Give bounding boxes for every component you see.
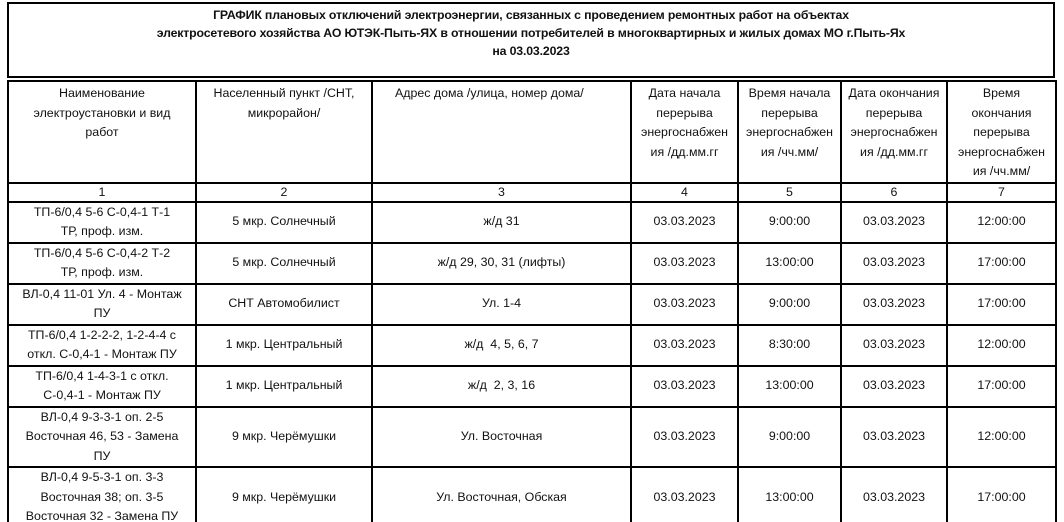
- column-header-line: электроустановки и вид: [11, 104, 193, 124]
- cell-end-time: 12:00:00: [947, 325, 1056, 366]
- installation-line: С-0,4-1 - Монтаж ПУ: [11, 386, 193, 406]
- installation-line: ВЛ-0,4 11-01 Ул. 4 - Монтаж: [11, 285, 193, 305]
- column-header-line: ия /чч.мм/: [741, 143, 838, 163]
- column-header-line: Дата окончания: [844, 84, 944, 104]
- installation-line: откл. С-0,4-1 - Монтаж ПУ: [11, 345, 193, 365]
- cell-end-time: 17:00:00: [947, 284, 1056, 325]
- cell-locality: 1 мкр. Центральный: [196, 325, 372, 366]
- cell-installation: ТП-6/0,4 1-4-3-1 с откл.С-0,4-1 - Монтаж…: [8, 366, 196, 407]
- cell-start-time: 13:00:00: [738, 467, 841, 522]
- column-header-line: микрорайон/: [199, 104, 369, 124]
- installation-line: ТП-6/0,4 1-2-2-2, 1-2-4-4 с: [11, 326, 193, 346]
- title-line-1: ГРАФИК плановых отключений электроэнерги…: [9, 6, 1053, 24]
- cell-start-date: 03.03.2023: [631, 325, 738, 366]
- column-header-line: Адрес дома /улица, номер дома/: [395, 84, 628, 104]
- column-header-line: перерыва: [634, 104, 735, 124]
- cell-end-date: 03.03.2023: [841, 366, 947, 407]
- cell-end-date: 03.03.2023: [841, 467, 947, 522]
- cell-locality: 9 мкр. Черёмушки: [196, 467, 372, 522]
- column-header-line: ия /чч.мм/: [950, 162, 1053, 182]
- table-row: ВЛ-0,4 9-5-3-1 оп. 3-3Восточная 38; оп. …: [8, 467, 1056, 522]
- cell-start-date: 03.03.2023: [631, 467, 738, 522]
- cell-start-date: 03.03.2023: [631, 243, 738, 284]
- cell-address: Ул. 1-4: [372, 284, 631, 325]
- cell-start-time: 13:00:00: [738, 243, 841, 284]
- column-header-line: Время: [950, 84, 1053, 104]
- column-number-7: 7: [947, 183, 1056, 202]
- cell-locality: 5 мкр. Солнечный: [196, 202, 372, 243]
- cell-locality: СНТ Автомобилист: [196, 284, 372, 325]
- column-header-line: Время начала: [741, 84, 838, 104]
- column-header-locality: Населенный пункт /СНТ,микрорайон/: [196, 81, 372, 183]
- cell-start-date: 03.03.2023: [631, 366, 738, 407]
- cell-end-date: 03.03.2023: [841, 284, 947, 325]
- outage-schedule-table: Наименованиеэлектроустановки и видработН…: [7, 80, 1057, 522]
- installation-line: ТР, проф. изм.: [11, 222, 193, 242]
- title-line-2: электросетевого хозяйства АО ЮТЭК-Пыть-Я…: [9, 24, 1053, 42]
- column-number-4: 4: [631, 183, 738, 202]
- cell-installation: ВЛ-0,4 9-5-3-1 оп. 3-3Восточная 38; оп. …: [8, 467, 196, 522]
- installation-line: ТП-6/0,4 5-6 С-0,4-2 Т-2: [11, 244, 193, 264]
- cell-start-time: 13:00:00: [738, 366, 841, 407]
- table-body: ТП-6/0,4 5-6 С-0,4-1 Т-1ТР, проф. изм.5 …: [8, 202, 1056, 522]
- installation-line: ВЛ-0,4 9-5-3-1 оп. 3-3: [11, 468, 193, 488]
- column-header-line: энергоснабжен: [950, 143, 1053, 163]
- installation-line: ПУ: [11, 304, 193, 324]
- cell-start-time: 8:30:00: [738, 325, 841, 366]
- cell-start-date: 03.03.2023: [631, 202, 738, 243]
- column-header-line: энергоснабжен: [634, 123, 735, 143]
- cell-end-date: 03.03.2023: [841, 407, 947, 468]
- installation-line: ВЛ-0,4 9-3-3-1 оп. 2-5: [11, 408, 193, 428]
- column-header-line: перерыва: [741, 104, 838, 124]
- installation-line: ТП-6/0,4 5-6 С-0,4-1 Т-1: [11, 203, 193, 223]
- cell-locality: 5 мкр. Солнечный: [196, 243, 372, 284]
- cell-end-date: 03.03.2023: [841, 243, 947, 284]
- cell-end-time: 17:00:00: [947, 366, 1056, 407]
- table-header-row: Наименованиеэлектроустановки и видработН…: [8, 81, 1056, 183]
- cell-installation: ТП-6/0,4 5-6 С-0,4-1 Т-1ТР, проф. изм.: [8, 202, 196, 243]
- cell-start-time: 9:00:00: [738, 202, 841, 243]
- column-number-row: 1234567: [8, 183, 1056, 202]
- cell-start-date: 03.03.2023: [631, 284, 738, 325]
- table-row: ТП-6/0,4 1-4-3-1 с откл.С-0,4-1 - Монтаж…: [8, 366, 1056, 407]
- column-header-line: окончания: [950, 104, 1053, 124]
- cell-installation: ТП-6/0,4 1-2-2-2, 1-2-4-4 соткл. С-0,4-1…: [8, 325, 196, 366]
- document-title: ГРАФИК плановых отключений электроэнерги…: [7, 2, 1055, 78]
- column-header-line: ия /дд.мм.гг: [844, 143, 944, 163]
- installation-line: ТП-6/0,4 1-4-3-1 с откл.: [11, 367, 193, 387]
- column-number-5: 5: [738, 183, 841, 202]
- cell-end-time: 17:00:00: [947, 243, 1056, 284]
- column-number-6: 6: [841, 183, 947, 202]
- column-header-installation: Наименованиеэлектроустановки и видработ: [8, 81, 196, 183]
- cell-locality: 1 мкр. Центральный: [196, 366, 372, 407]
- table-row: ВЛ-0,4 11-01 Ул. 4 - МонтажПУСНТ Автомоб…: [8, 284, 1056, 325]
- outage-schedule-sheet: ГРАФИК плановых отключений электроэнерги…: [7, 2, 1055, 514]
- installation-line: Восточная 46, 53 - Замена: [11, 427, 193, 447]
- column-number-2: 2: [196, 183, 372, 202]
- column-header-line: Населенный пункт /СНТ,: [199, 84, 369, 104]
- cell-start-time: 9:00:00: [738, 407, 841, 468]
- cell-address: ж/д 29, 30, 31 (лифты): [372, 243, 631, 284]
- cell-end-time: 12:00:00: [947, 407, 1056, 468]
- column-header-line: энергоснабжен: [741, 123, 838, 143]
- table-row: ТП-6/0,4 5-6 С-0,4-1 Т-1ТР, проф. изм.5 …: [8, 202, 1056, 243]
- cell-address: Ул. Восточная: [372, 407, 631, 468]
- cell-locality: 9 мкр. Черёмушки: [196, 407, 372, 468]
- column-header-line: Наименование: [11, 84, 193, 104]
- column-header-end-date: Дата окончанияперерываэнергоснабжения /д…: [841, 81, 947, 183]
- cell-end-date: 03.03.2023: [841, 202, 947, 243]
- column-header-line: энергоснабжен: [844, 123, 944, 143]
- table-row: ВЛ-0,4 9-3-3-1 оп. 2-5Восточная 46, 53 -…: [8, 407, 1056, 468]
- table-row: ТП-6/0,4 5-6 С-0,4-2 Т-2ТР, проф. изм.5 …: [8, 243, 1056, 284]
- cell-installation: ВЛ-0,4 11-01 Ул. 4 - МонтажПУ: [8, 284, 196, 325]
- cell-end-date: 03.03.2023: [841, 325, 947, 366]
- column-header-line: Дата начала: [634, 84, 735, 104]
- title-line-3: на 03.03.2023: [9, 42, 1053, 60]
- cell-end-time: 17:00:00: [947, 467, 1056, 522]
- installation-line: ТР, проф. изм.: [11, 263, 193, 283]
- column-header-line: перерыва: [844, 104, 944, 124]
- cell-end-time: 12:00:00: [947, 202, 1056, 243]
- column-header-line: перерыва: [950, 123, 1053, 143]
- installation-line: ПУ: [11, 447, 193, 467]
- column-header-start-time: Время началаперерываэнергоснабжения /чч.…: [738, 81, 841, 183]
- cell-installation: ТП-6/0,4 5-6 С-0,4-2 Т-2ТР, проф. изм.: [8, 243, 196, 284]
- column-header-line: работ: [11, 123, 193, 143]
- cell-address: ж/д 4, 5, 6, 7: [372, 325, 631, 366]
- column-number-3: 3: [372, 183, 631, 202]
- cell-start-time: 9:00:00: [738, 284, 841, 325]
- installation-line: Восточная 32 - Замена ПУ: [11, 507, 193, 522]
- cell-start-date: 03.03.2023: [631, 407, 738, 468]
- column-header-address: Адрес дома /улица, номер дома/: [372, 81, 631, 183]
- column-header-start-date: Дата началаперерываэнергоснабжения /дд.м…: [631, 81, 738, 183]
- column-number-1: 1: [8, 183, 196, 202]
- cell-address: ж/д 31: [372, 202, 631, 243]
- installation-line: Восточная 38; оп. 3-5: [11, 488, 193, 508]
- cell-address: ж/д 2, 3, 16: [372, 366, 631, 407]
- table-row: ТП-6/0,4 1-2-2-2, 1-2-4-4 соткл. С-0,4-1…: [8, 325, 1056, 366]
- cell-installation: ВЛ-0,4 9-3-3-1 оп. 2-5Восточная 46, 53 -…: [8, 407, 196, 468]
- cell-address: Ул. Восточная, Обская: [372, 467, 631, 522]
- column-header-line: ия /дд.мм.гг: [634, 143, 735, 163]
- column-header-end-time: Времяокончанияперерываэнергоснабжения /ч…: [947, 81, 1056, 183]
